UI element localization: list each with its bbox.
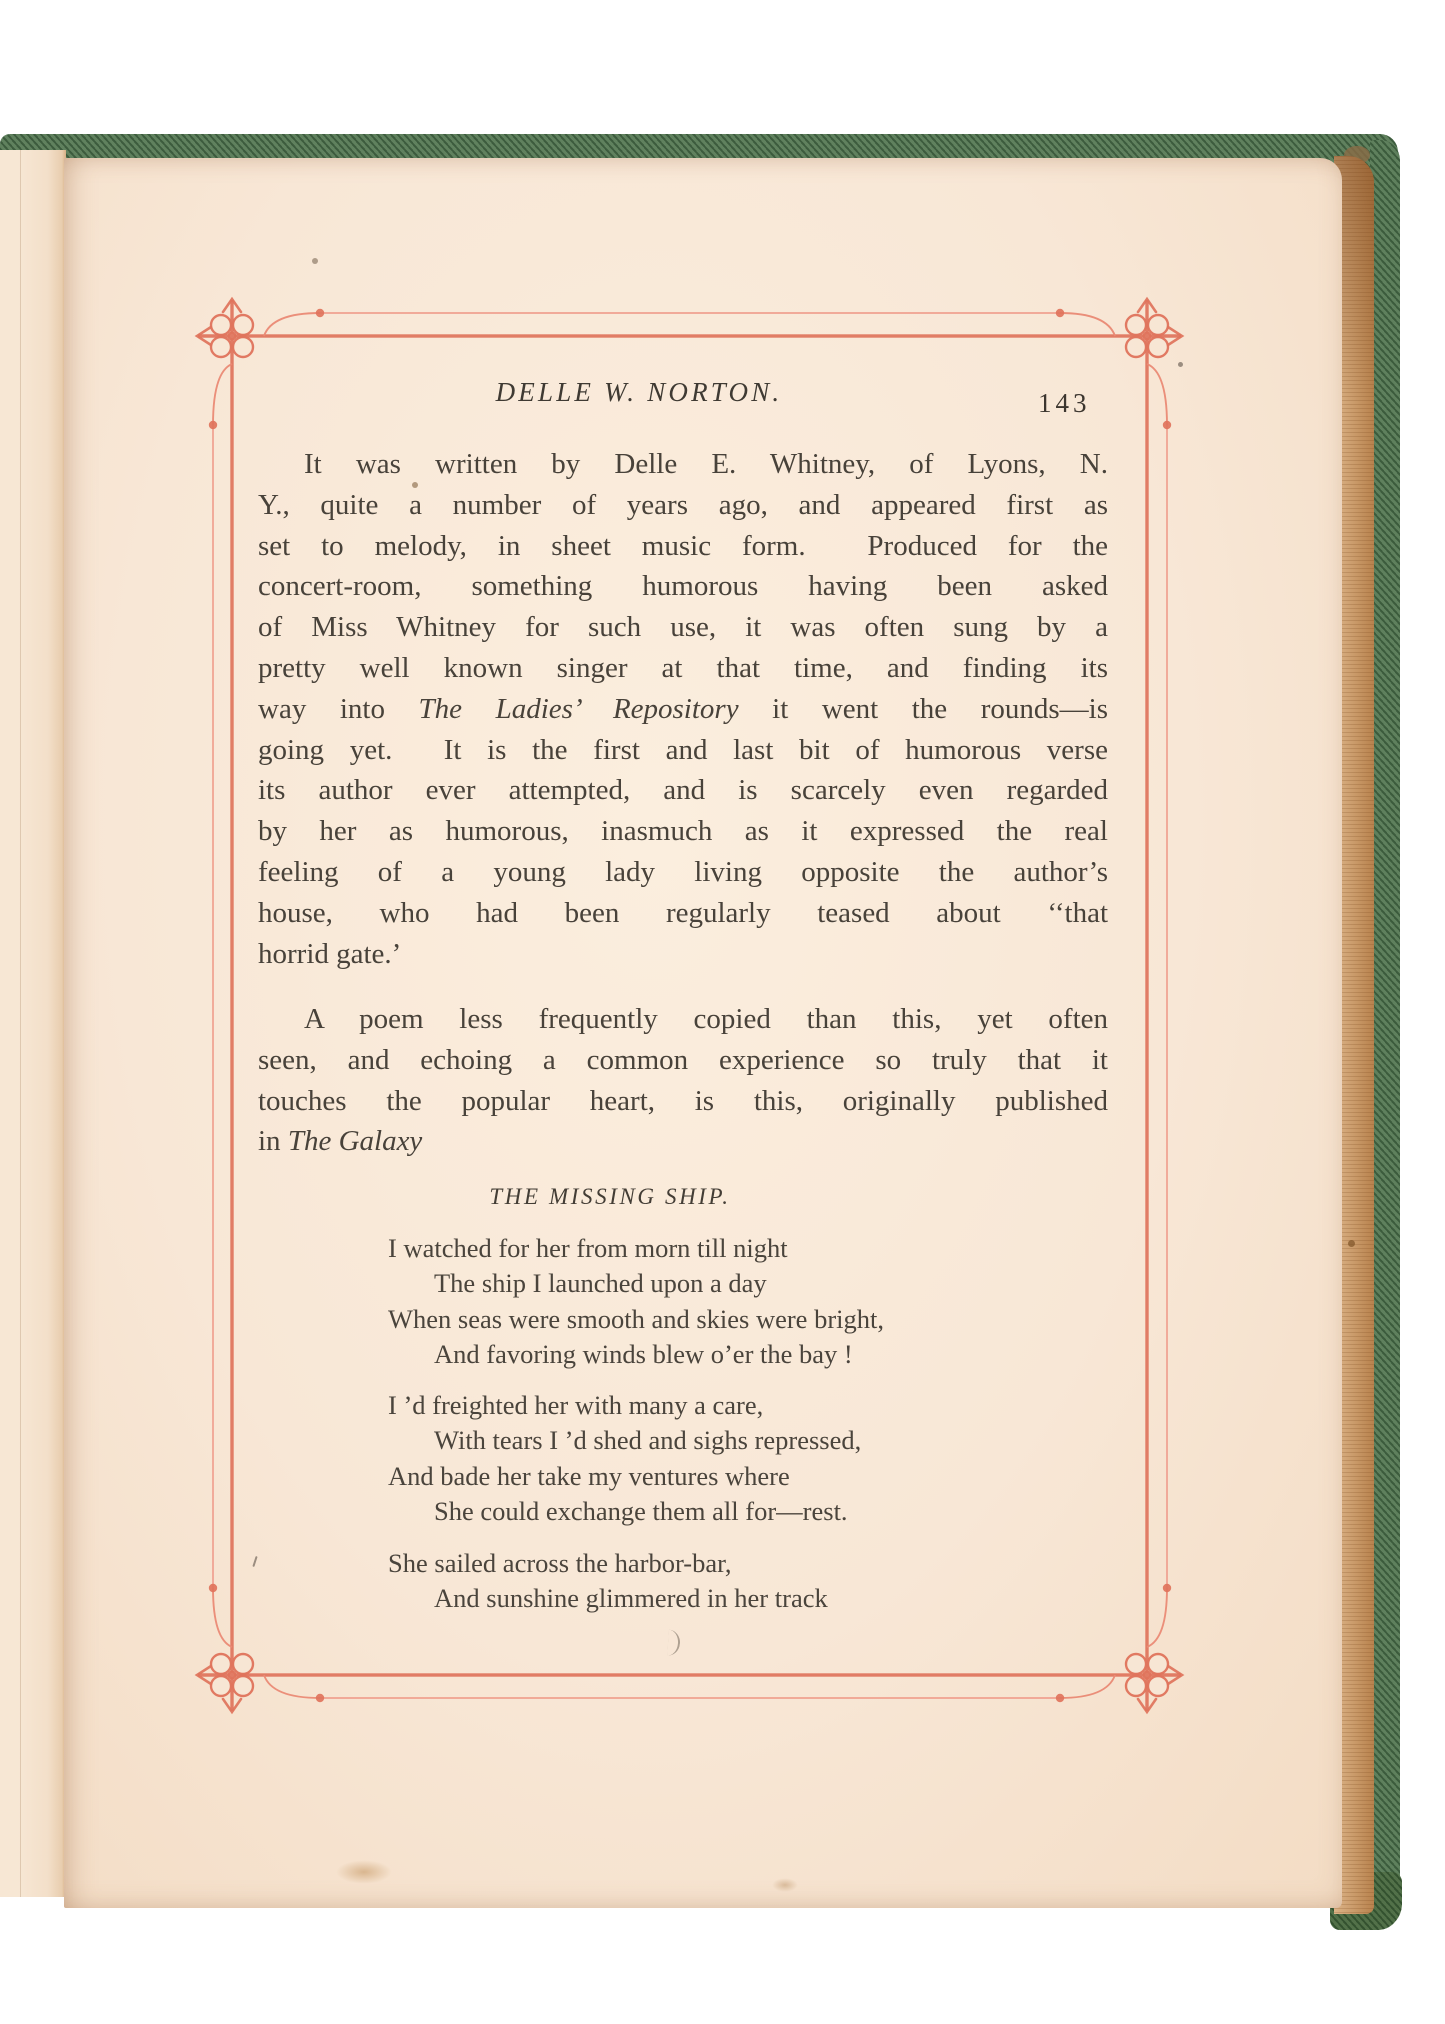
running-head-title: DELLE W. NORTON. <box>214 377 1064 408</box>
italic-journal-name: The Ladies’ Repository <box>419 693 739 725</box>
verse-line: With tears I ’d shed and sighs repressed… <box>388 1423 1028 1458</box>
verse-line: She sailed across the harbor-bar, <box>388 1546 1028 1581</box>
verse-line: And sunshine glimmered in her track <box>388 1581 1028 1616</box>
text-segment: it went the rounds—is <box>739 693 1108 725</box>
verse-line: When seas were smooth and skies were bri… <box>388 1302 1028 1337</box>
verse-line: And favoring winds blew o’er the bay ! <box>388 1337 1028 1372</box>
text-line: by her as humorous, inasmuch as it expre… <box>258 811 1108 852</box>
text-line: of Miss Whitney for such use, it was oft… <box>258 607 1108 648</box>
text-line: horrid gate.’ <box>258 934 1108 975</box>
text-line: touches the popular heart, is this, orig… <box>258 1081 1108 1122</box>
photo-of-open-book: { "page": { "header": { "title": "DELLE … <box>0 0 1445 2024</box>
text-line: feeling of a young lady living opposite … <box>258 852 1108 893</box>
text-line: seen, and echoing a common experience so… <box>258 1040 1108 1081</box>
verse-line: And bade her take my ventures where <box>388 1459 1028 1494</box>
verse-line: She could exchange them all for—rest. <box>388 1494 1028 1529</box>
text-line: pretty well known singer at that time, a… <box>258 648 1108 689</box>
text-line-with-italic: way into The Ladies’ Repository it went … <box>258 689 1108 730</box>
paragraph-1: It was written by Delle E. Whitney, of L… <box>258 444 1108 974</box>
paragraph-2: A poem less frequently copied than this,… <box>258 999 1108 1162</box>
text-line: Y., quite a number of years ago, and app… <box>258 485 1108 526</box>
poem-stanza-1: I watched for her from morn till night T… <box>388 1231 1028 1373</box>
text-line: It was written by Delle E. Whitney, of L… <box>258 444 1108 485</box>
poem-stanza-3: She sailed across the harbor-bar, And su… <box>388 1546 1028 1617</box>
text-segment: in <box>258 1125 288 1157</box>
verse-line: I watched for her from morn till night <box>388 1231 1028 1266</box>
text-segment: way into <box>258 693 419 725</box>
text-line: set to melody, in sheet music form. Prod… <box>258 526 1108 567</box>
text-line: its author ever attempted, and is scarce… <box>258 770 1108 811</box>
verse-line: I ’d freighted her with many a care, <box>388 1388 1028 1423</box>
text-line: concert-room, something humorous having … <box>258 566 1108 607</box>
poem-stanza-2: I ’d freighted her with many a care, Wit… <box>388 1388 1028 1530</box>
text-line: house, who had been regularly teased abo… <box>258 893 1108 934</box>
text-line: going yet. It is the first and last bit … <box>258 730 1108 771</box>
italic-journal-name: The Galaxy <box>288 1125 423 1157</box>
poem-title: THE MISSING SHIP. <box>300 1184 920 1210</box>
verse-line: The ship I launched upon a day <box>388 1266 1028 1301</box>
page-number: 143 <box>1038 388 1118 419</box>
text-line: A poem less frequently copied than this,… <box>258 999 1108 1040</box>
text-line-with-italic: in The Galaxy <box>258 1121 1108 1162</box>
